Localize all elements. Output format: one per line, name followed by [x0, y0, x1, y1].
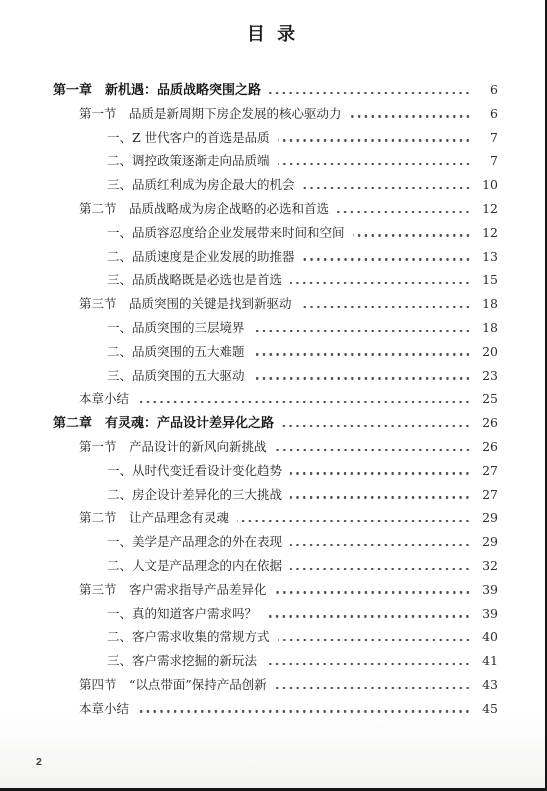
- toc-entry-text: 第二节 品质战略成为房企战略的必选和首选: [79, 197, 329, 221]
- toc-entry-page: 43: [478, 673, 498, 697]
- toc-entry-page: 26: [478, 435, 498, 459]
- toc-entry: 三、品质突围的五大驱动23: [107, 364, 498, 388]
- toc-entry-page: 39: [478, 602, 498, 626]
- toc-entry-text: 一、Z 世代客户的首选是品质: [107, 126, 270, 150]
- toc-entry: 二、房企设计差异化的三大挑战27: [107, 483, 498, 507]
- toc-entry: 本章小结25: [79, 387, 498, 411]
- toc-entry-text: 二、人文是产品理念的内在依据: [107, 554, 282, 578]
- toc-entry-text: 一、从时代变迁看设计变化趋势: [107, 459, 282, 483]
- dot-leader: [278, 139, 473, 141]
- toc-entry-text: 三、品质红利成为房企最大的机会: [107, 173, 295, 197]
- dot-leader: [137, 401, 473, 403]
- toc-entry-text: 本章小结: [79, 697, 129, 721]
- dot-leader: [278, 163, 473, 165]
- toc-entry-page: 18: [478, 316, 498, 340]
- toc-entry-text: 第一节 产品设计的新风向新挑战: [79, 435, 267, 459]
- toc-entry: 一、从时代变迁看设计变化趋势27: [107, 459, 498, 483]
- toc-entry-page: 6: [478, 102, 498, 126]
- toc-entry-page: 27: [478, 483, 498, 507]
- toc-entry-page: 23: [478, 364, 498, 388]
- toc-entry-page: 12: [478, 221, 498, 245]
- toc-entry-text: 二、品质突围的五大难题: [107, 340, 245, 364]
- toc-entry: 第二节 让产品理念有灵魂29: [79, 506, 498, 530]
- toc-entry-text: 二、客户需求收集的常规方式: [107, 625, 270, 649]
- toc-entry: 第一节 品质是新周期下房企发展的核心驱动力6: [79, 102, 498, 126]
- dot-leader: [253, 353, 473, 355]
- toc-entry: 一、Z 世代客户的首选是品质7: [107, 126, 498, 150]
- toc-entry-text: 二、调控政策逐渐走向品质端: [107, 149, 270, 173]
- toc-list: 第一章 新机遇：品质战略突围之路6第一节 品质是新周期下房企发展的核心驱动力6一…: [53, 78, 498, 721]
- dot-leader: [265, 663, 473, 665]
- toc-entry-page: 7: [478, 149, 498, 173]
- toc-entry: 第三节 品质突围的关键是找到新驱动18: [79, 292, 498, 316]
- folio-page-number: 2: [36, 756, 42, 768]
- toc-entry-text: 三、品质战略既是必选也是首选: [107, 268, 282, 292]
- dot-leader: [275, 687, 473, 689]
- toc-entry-page: 39: [478, 578, 498, 602]
- dot-leader: [350, 115, 473, 117]
- toc-entry-text: 第四节 “以点带面”保持产品创新: [79, 673, 267, 697]
- toc-entry-page: 40: [478, 625, 498, 649]
- toc-entry-page: 41: [478, 649, 498, 673]
- dot-leader: [137, 710, 473, 712]
- toc-entry: 第四节 “以点带面”保持产品创新43: [79, 673, 498, 697]
- toc-entry-text: 一、品质突围的三层境界: [107, 316, 245, 340]
- toc-entry-page: 32: [478, 554, 498, 578]
- toc-entry-page: 15: [478, 268, 498, 292]
- toc-entry-text: 一、美学是产品理念的外在表现: [107, 530, 282, 554]
- toc-entry: 二、调控政策逐渐走向品质端7: [107, 149, 498, 173]
- dot-leader: [265, 615, 473, 617]
- toc-entry: 一、品质容忍度给企业发展带来时间和空间12: [107, 221, 498, 245]
- toc-entry: 三、客户需求挖掘的新玩法41: [107, 649, 498, 673]
- toc-entry-text: 三、客户需求挖掘的新玩法: [107, 649, 257, 673]
- toc-entry: 一、品质突围的三层境界18: [107, 316, 498, 340]
- toc-entry-text: 三、品质突围的五大驱动: [107, 364, 245, 388]
- toc-entry-page: 6: [478, 78, 498, 102]
- toc-entry-page: 12: [478, 197, 498, 221]
- toc-entry-text: 本章小结: [79, 387, 129, 411]
- toc-entry-text: 第一节 品质是新周期下房企发展的核心驱动力: [79, 102, 342, 126]
- toc-entry-page: 18: [478, 292, 498, 316]
- dot-leader: [278, 639, 473, 641]
- toc-entry-page: 26: [478, 411, 498, 435]
- toc-entry-text: 一、真的知道客户需求吗？: [107, 602, 257, 626]
- toc-entry: 二、人文是产品理念的内在依据32: [107, 554, 498, 578]
- dot-leader: [237, 520, 473, 522]
- toc-entry: 第二章 有灵魂：产品设计差异化之路26: [53, 411, 498, 435]
- dot-leader: [253, 330, 473, 332]
- toc-entry-text: 第二节 让产品理念有灵魂: [79, 506, 229, 530]
- toc-entry: 第一节 产品设计的新风向新挑战26: [79, 435, 498, 459]
- dot-leader: [300, 306, 473, 308]
- dot-leader: [303, 187, 473, 189]
- dot-leader: [253, 377, 473, 379]
- toc-entry-text: 第三节 品质突围的关键是找到新驱动: [79, 292, 292, 316]
- toc-entry: 二、客户需求收集的常规方式40: [107, 625, 498, 649]
- toc-entry-page: 29: [478, 530, 498, 554]
- toc-entry: 第三节 客户需求指导产品差异化39: [79, 578, 498, 602]
- toc-entry: 第一章 新机遇：品质战略突围之路6: [53, 78, 498, 102]
- dot-leader: [290, 472, 473, 474]
- toc-entry-text: 二、品质速度是企业发展的助推器: [107, 245, 295, 269]
- toc-entry: 三、品质战略既是必选也是首选15: [107, 268, 498, 292]
- dot-leader: [269, 92, 473, 94]
- toc-entry: 本章小结45: [79, 697, 498, 721]
- toc-entry-page: 29: [478, 506, 498, 530]
- toc-entry-page: 10: [478, 173, 498, 197]
- toc-entry-text: 一、品质容忍度给企业发展带来时间和空间: [107, 221, 345, 245]
- toc-entry: 一、真的知道客户需求吗？39: [107, 602, 498, 626]
- toc-entry: 二、品质突围的五大难题20: [107, 340, 498, 364]
- toc-entry-page: 27: [478, 459, 498, 483]
- toc-entry-page: 25: [478, 387, 498, 411]
- toc-entry-text: 第一章 新机遇：品质战略突围之路: [53, 79, 261, 103]
- document-page: 目 录 第一章 新机遇：品质战略突围之路6第一节 品质是新周期下房企发展的核心驱…: [0, 0, 547, 791]
- dot-leader: [290, 282, 473, 284]
- dot-leader: [337, 211, 473, 213]
- toc-entry-page: 45: [478, 697, 498, 721]
- dot-leader: [290, 544, 473, 546]
- toc-entry: 二、品质速度是企业发展的助推器13: [107, 245, 498, 269]
- dot-leader: [353, 234, 473, 236]
- dot-leader: [275, 591, 473, 593]
- toc-entry-text: 第二章 有灵魂：产品设计差异化之路: [53, 412, 274, 436]
- dot-leader: [303, 258, 473, 260]
- page-title: 目 录: [0, 20, 545, 46]
- dot-leader: [282, 425, 473, 427]
- toc-entry: 三、品质红利成为房企最大的机会10: [107, 173, 498, 197]
- toc-entry: 一、美学是产品理念的外在表现29: [107, 530, 498, 554]
- dot-leader: [290, 568, 473, 570]
- dot-leader: [290, 496, 473, 498]
- toc-entry: 第二节 品质战略成为房企战略的必选和首选12: [79, 197, 498, 221]
- toc-entry-text: 二、房企设计差异化的三大挑战: [107, 483, 282, 507]
- dot-leader: [275, 449, 473, 451]
- toc-entry-page: 20: [478, 340, 498, 364]
- toc-entry-page: 7: [478, 126, 498, 150]
- toc-entry-text: 第三节 客户需求指导产品差异化: [79, 578, 267, 602]
- toc-entry-page: 13: [478, 245, 498, 269]
